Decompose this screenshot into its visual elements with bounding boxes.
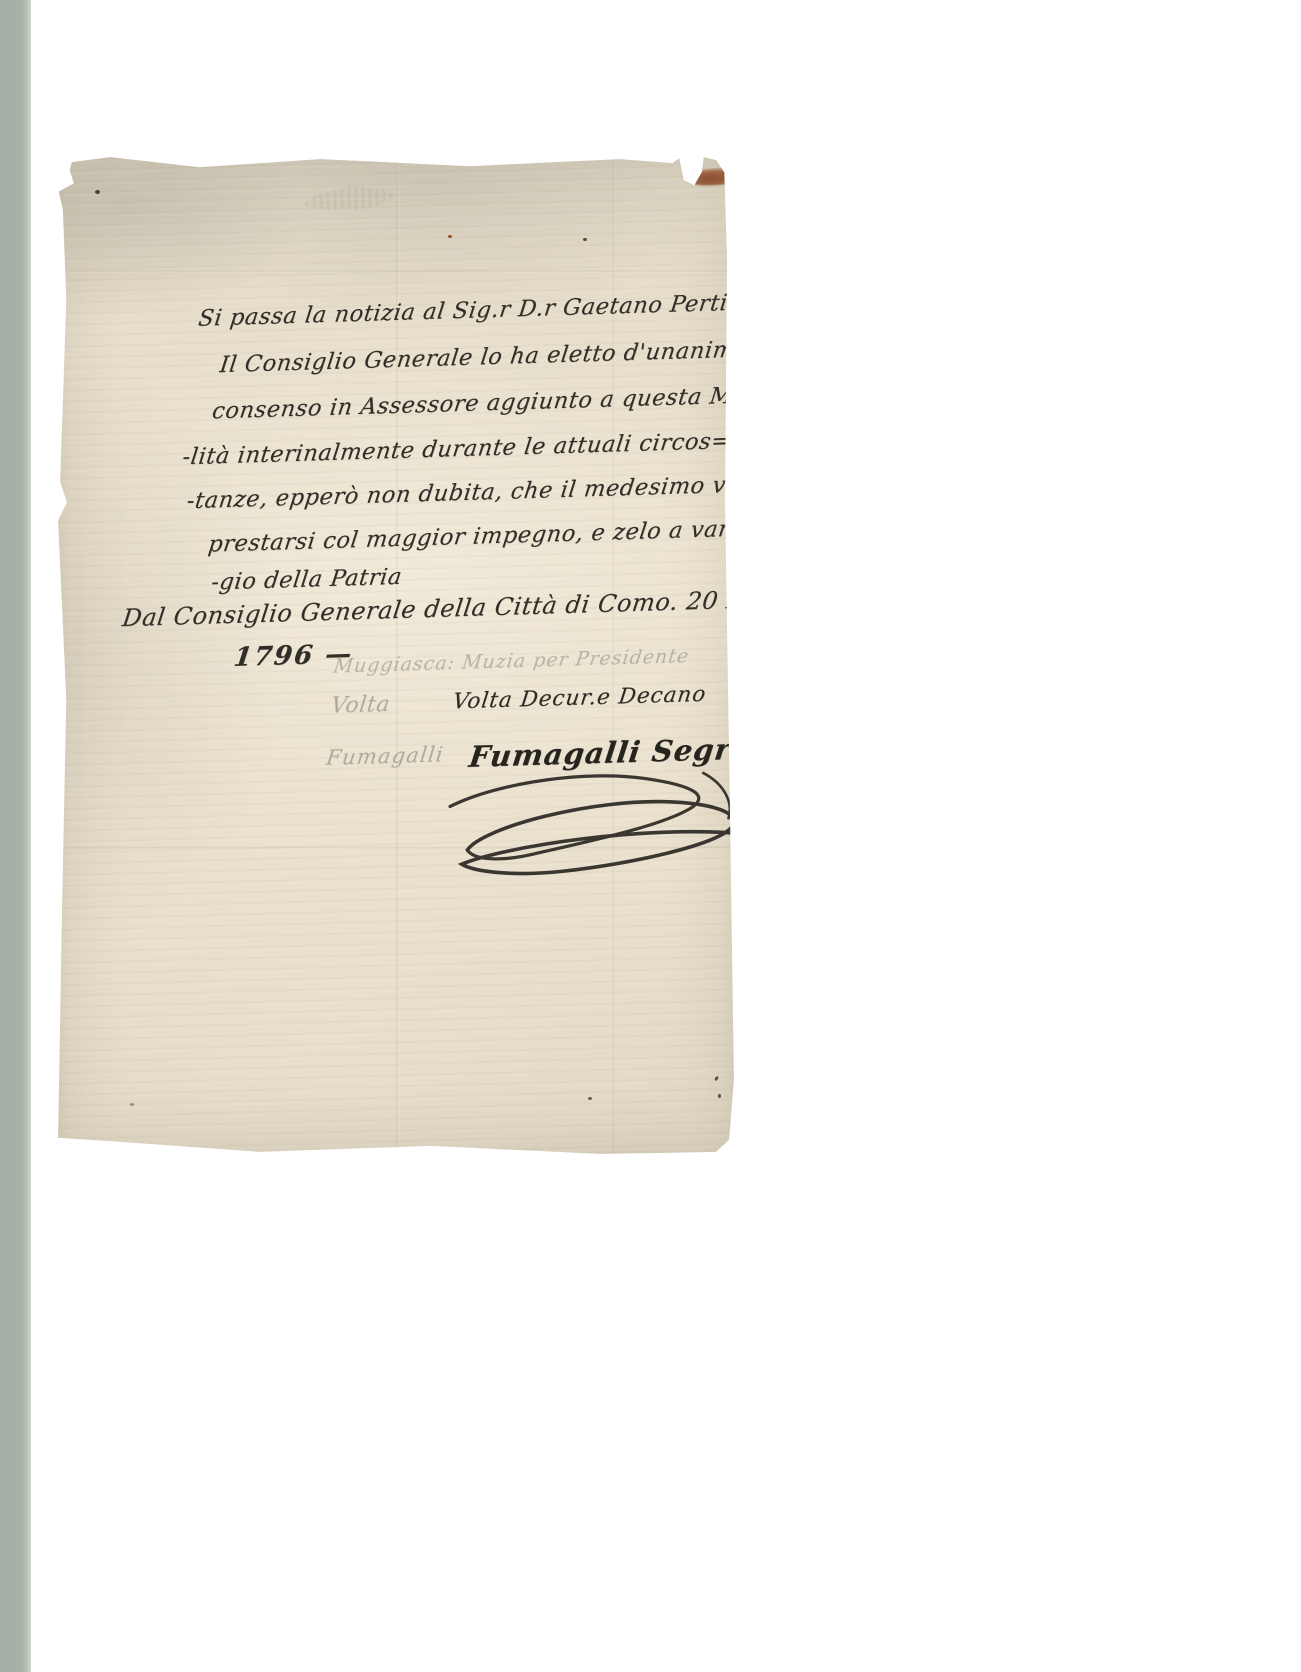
pencil-annotation-president: Muggiasca: Muzia per Presidente: [332, 645, 690, 678]
manuscript-line: Il Consiglio Generale lo ha eletto d'una…: [218, 336, 750, 378]
left-accent-bar: [0, 0, 31, 1672]
page-background: Si passa la notizia al Sig.r D.r Gaetano…: [0, 0, 1301, 1672]
pencil-annotation-fumagalli: Fumagalli: [325, 743, 445, 771]
manuscript-page: Si passa la notizia al Sig.r D.r Gaetano…: [54, 148, 738, 1160]
signature-fumagalli: Fumagalli Segr.: [467, 732, 742, 774]
manuscript-line: consenso in Assessore aggiunto a questa …: [211, 380, 832, 424]
manuscript-line: -tanze, epperò non dubita, che il medesi…: [185, 471, 778, 515]
pencil-annotation-volta: Volta: [329, 692, 391, 719]
manuscript-line: -gio della Patria: [210, 564, 404, 596]
manuscript-line: Si passa la notizia al Sig.r D.r Gaetano…: [197, 288, 787, 332]
signature-volta: Volta Decur.e Decano: [451, 682, 708, 715]
manuscript-line: prestarsi col maggior impegno, e zelo a …: [207, 514, 794, 557]
manuscript-line: -lità interinalmente durante le attuali …: [181, 428, 732, 470]
manuscript-text: Si passa la notizia al Sig.r D.r Gaetano…: [41, 138, 755, 1170]
signature-flourish: [441, 759, 774, 889]
